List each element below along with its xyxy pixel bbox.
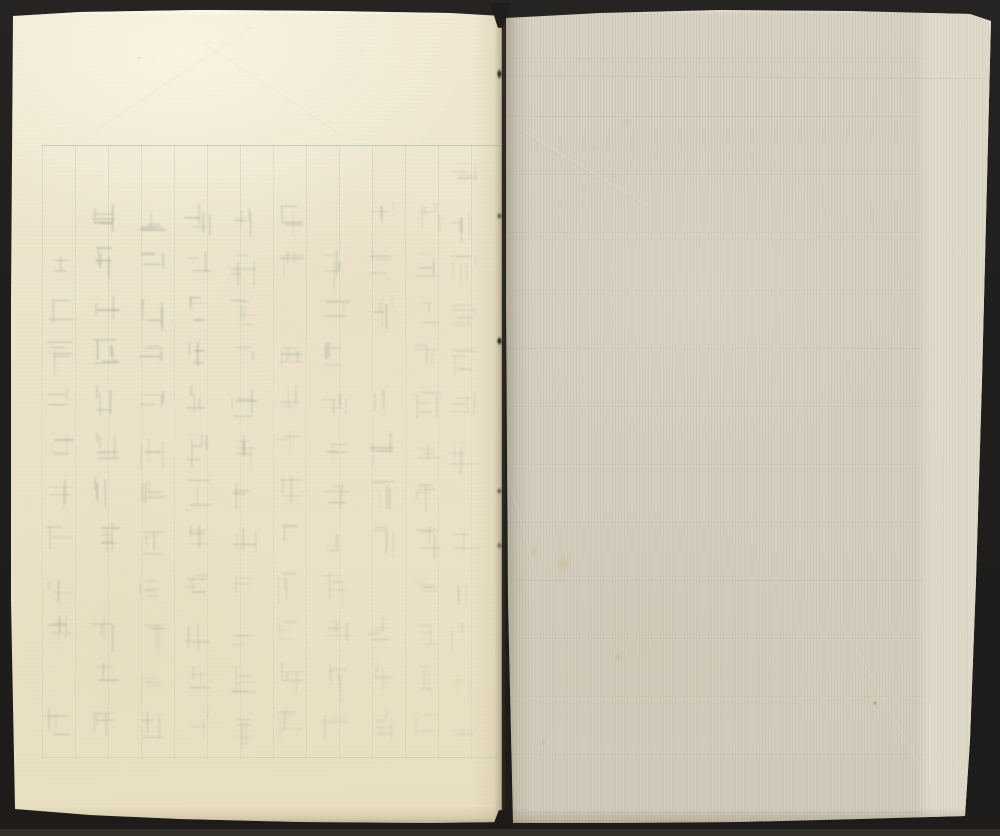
bleedthrough-column	[136, 202, 168, 754]
paper-crease	[854, 648, 918, 763]
foxing-spot	[612, 652, 624, 662]
backdrop-bottom-strip	[0, 829, 1000, 836]
bleedthrough-column	[90, 198, 122, 750]
right-page-bottom-edge-shadow	[508, 808, 968, 824]
right-page-top-edge-highlight	[505, 7, 991, 14]
bleedthrough-column	[44, 200, 76, 752]
foxing-spot	[548, 550, 578, 576]
foxing-spot	[861, 692, 875, 704]
paper-speck	[137, 57, 140, 60]
foxing-spot	[870, 101, 878, 108]
center-fold-line	[502, 14, 505, 824]
bleedthrough-column	[228, 203, 260, 755]
paper-crease	[508, 74, 985, 79]
foxing-spot	[608, 172, 618, 181]
foxing-spot	[540, 740, 546, 745]
paper-crease	[517, 128, 648, 208]
bleedthrough-column	[366, 200, 398, 752]
foxing-spot	[619, 116, 633, 128]
left-gutter-shading	[472, 0, 502, 836]
foxing-spot	[902, 755, 910, 762]
foxing-spot	[754, 515, 766, 525]
paper-speck	[185, 508, 189, 511]
fore-edge-fold-band	[916, 0, 996, 836]
foxing-spot	[898, 85, 904, 90]
foxing-spot	[801, 337, 811, 346]
foxing-spot	[591, 144, 597, 149]
bleedthrough-column	[320, 202, 352, 754]
bleedthrough-column	[274, 199, 306, 751]
bleedthrough-column	[412, 201, 444, 753]
paper-speck	[360, 49, 363, 52]
foxing-spot	[694, 235, 706, 245]
book-scan-photo	[0, 0, 1000, 836]
bleedthrough-column	[182, 200, 214, 752]
right-gutter-shading	[505, 0, 531, 836]
